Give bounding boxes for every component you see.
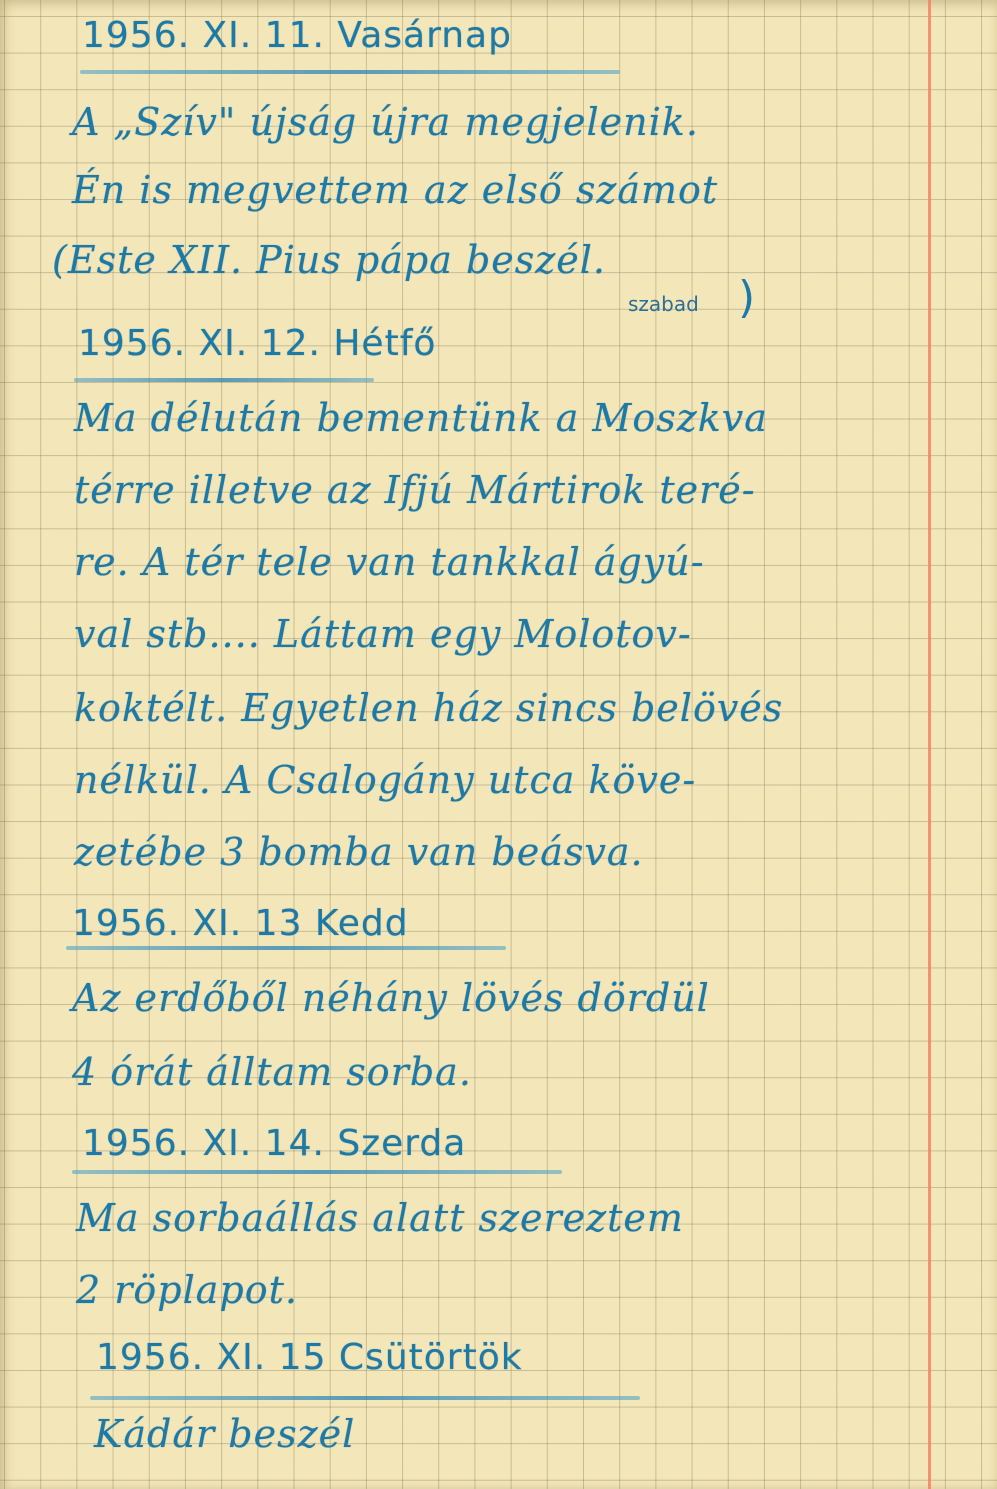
diary-page: 1956. XI. 11. Vasárnap A „Szív" újság új… xyxy=(0,0,997,1489)
date-underline xyxy=(80,70,620,74)
entry-line: zetébe 3 bomba van beásva. xyxy=(74,830,644,874)
date-underline xyxy=(90,1396,640,1400)
date-underline xyxy=(66,946,506,950)
entry-line: 4 órát álltam sorba. xyxy=(72,1050,472,1094)
entry-date: 1956. XI. 12. Hétfő xyxy=(78,322,436,366)
entry-line: Kádár beszél xyxy=(94,1412,355,1456)
entry-line: re. A tér tele van tankkal ágyú- xyxy=(74,540,705,584)
closing-paren: ) xyxy=(738,272,755,323)
margin-annotation: szabad xyxy=(628,292,699,316)
entry-date: 1956. XI. 15 Csütörtök xyxy=(96,1336,523,1380)
entry-date: 1956. XI. 14. Szerda xyxy=(82,1122,466,1166)
entry-line: Ma délután bementünk a Moszkva xyxy=(74,396,768,440)
date-underline xyxy=(74,378,374,382)
margin-line xyxy=(928,0,931,1489)
entry-line: 2 röplapot. xyxy=(76,1268,298,1312)
entry-line: A „Szív" újság újra megjelenik. xyxy=(72,100,699,144)
entry-line: térre illetve az Ifjú Mártirok teré- xyxy=(74,468,756,512)
date-underline xyxy=(72,1170,562,1174)
entry-date: 1956. XI. 13 Kedd xyxy=(72,902,409,946)
entry-line: val stb.... Láttam egy Molotov- xyxy=(74,612,692,656)
entry-line: Az erdőből néhány lövés dördül xyxy=(72,976,710,1020)
entry-line: Én is megvettem az első számot xyxy=(72,168,718,212)
entry-date: 1956. XI. 11. Vasárnap xyxy=(82,14,512,58)
entry-line: (Este XII. Pius pápa beszél. xyxy=(52,238,606,282)
entry-line: koktélt. Egyetlen ház sincs belövés xyxy=(74,686,783,730)
entry-line: nélkül. A Csalogány utca köve- xyxy=(74,758,696,802)
entry-line: Ma sorbaállás alatt szereztem xyxy=(76,1196,684,1240)
